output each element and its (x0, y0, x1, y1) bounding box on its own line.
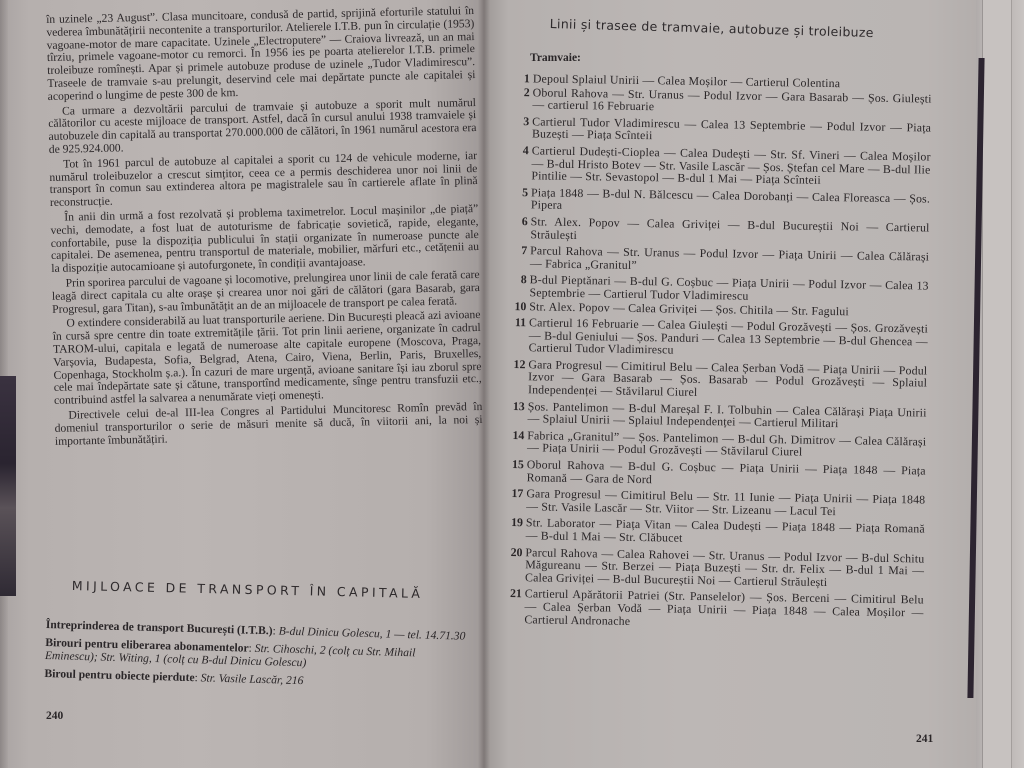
section-label-tramvaie: Tramvaie: (530, 52, 581, 64)
route-description: Piața 1848 — B-dul N. Bălcescu — Calea D… (531, 186, 930, 217)
route-number: 20 (504, 546, 526, 584)
route-number: 6 (509, 215, 530, 241)
contact-label: Biroul pentru obiecte pierdute (44, 667, 194, 684)
route-number: 8 (508, 273, 529, 299)
route-number: 12 (507, 358, 529, 396)
contacts-list: Întreprinderea de transport București (I… (44, 618, 466, 697)
route-number: 2 (511, 86, 532, 112)
route-item: 2Oborul Rahova — Str. Uranus — Podul Izv… (511, 86, 931, 118)
route-number: 11 (508, 316, 530, 354)
open-book: în uzinele „23 August”. Clasa muncitoare… (0, 0, 1024, 768)
route-item: 15Oborul Rahova — B-dul G. Coșbuc — Piaț… (506, 458, 926, 490)
route-item: 20Parcul Rahova — Calea Rahovei — Str. U… (504, 546, 925, 590)
route-number: 19 (505, 516, 526, 542)
route-item: 5Piața 1848 — B-dul N. Bălcescu — Calea … (510, 186, 930, 218)
route-item: 17Gara Progresul — Cimitirul Belu — Str.… (505, 487, 925, 519)
left-page: în uzinele „23 August”. Clasa muncitoare… (0, 0, 484, 768)
section-heading: MIJLOACE DE TRANSPORT ÎN CAPITALĂ (72, 578, 424, 601)
route-description: Gara Progresul — Cimitirul Belu — Str. 1… (526, 487, 925, 518)
route-number: 15 (506, 458, 527, 484)
contact-value: B-dul Dinicu Golescu, 1 — tel. 14.71.30 (278, 625, 465, 643)
route-number: 7 (509, 244, 530, 270)
route-number: 13 (506, 400, 527, 426)
page-number-right: 241 (916, 733, 933, 745)
paragraph: În anii din urmă a fost rezolvată și pro… (50, 203, 479, 276)
route-description: Oborul Rahova — Str. Uranus — Podul Izvo… (532, 86, 931, 117)
route-description: Oborul Rahova — B-dul G. Coșbuc — Piața … (527, 458, 926, 489)
page-number-left: 240 (46, 710, 63, 722)
route-number: 4 (510, 144, 532, 182)
left-page-body: în uzinele „23 August”. Clasa muncitoare… (46, 5, 483, 450)
route-item: 3Cartierul Tudor Vladimirescu — Calea 13… (511, 115, 931, 147)
route-description: Str. Laborator — Piața Vitan — Calea Dud… (526, 517, 925, 548)
route-item: 6Str. Alex. Popov — Calea Griviței — B-d… (509, 215, 929, 247)
paragraph: Ca urmare a dezvoltării parcului de tram… (48, 97, 477, 157)
next-page-edge (982, 0, 1012, 768)
route-description: Fabrica „Granitul” — Șos. Pantelimon — B… (527, 429, 926, 460)
route-description: Cartierul Tudor Vladimirescu — Calea 13 … (532, 115, 931, 146)
route-item: 12Gara Progresul — Cimitirul Belu — Cale… (507, 358, 928, 402)
route-item: 21Cartierul Apărătorii Patriei (Str. Pan… (503, 587, 924, 631)
route-number: 17 (505, 487, 526, 513)
route-number: 21 (503, 587, 525, 625)
route-item: 4Cartierul Dudești-Cioplea — Calea Dudeș… (510, 144, 931, 188)
route-description: Str. Alex. Popov — Calea Griviței — B-du… (530, 215, 929, 246)
paragraph: Directivele celui de-al III-lea Congres … (54, 401, 483, 448)
route-item: 14Fabrica „Granitul” — Șos. Pantelimon —… (506, 429, 926, 461)
route-list: 1Depoul Splaiul Unirii — Calea Moșilor —… (503, 72, 932, 636)
route-description: Parcul Rahova — Calea Rahovei — Str. Ura… (525, 546, 925, 590)
route-description: Parcul Rahova — Str. Uranus — Podul Izvo… (530, 244, 929, 275)
paragraph: Tot în 1961 parcul de autobuze al capita… (49, 150, 478, 210)
contact-label: Întreprinderea de transport București (I… (46, 618, 273, 637)
route-description: Cartierul Apărătorii Patriei (Str. Panse… (524, 588, 924, 632)
route-description: Șos. Pantelimon — B-dul Mareșal F. I. To… (527, 400, 926, 431)
route-item: 19Str. Laborator — Piața Vitan — Calea D… (505, 516, 925, 548)
contact-value: Str. Vasile Lascăr, 216 (201, 671, 304, 687)
route-number: 5 (510, 186, 531, 212)
route-number: 14 (506, 429, 527, 455)
paragraph: în uzinele „23 August”. Clasa muncitoare… (46, 5, 476, 104)
paragraph: O extindere considerabilă au luat transp… (52, 309, 482, 408)
route-number: 10 (508, 299, 529, 312)
underlying-photo-strip (0, 376, 16, 596)
route-number: 1 (512, 72, 533, 85)
route-item: 11Cartierul 16 Februarie — Calea Giuleșt… (508, 316, 929, 360)
route-number: 3 (511, 115, 532, 141)
route-item: 13Șos. Pantelimon — B-dul Mareșal F. I. … (506, 400, 926, 432)
route-description: Cartierul Dudești-Cioplea — Calea Dudeșt… (531, 144, 931, 188)
route-description: Gara Progresul — Cimitirul Belu — Calea … (528, 358, 928, 402)
route-description: Cartierul 16 Februarie — Calea Giulești … (529, 316, 929, 360)
route-item: 7Parcul Rahova — Str. Uranus — Podul Izv… (509, 244, 929, 276)
book-gutter (478, 0, 490, 768)
